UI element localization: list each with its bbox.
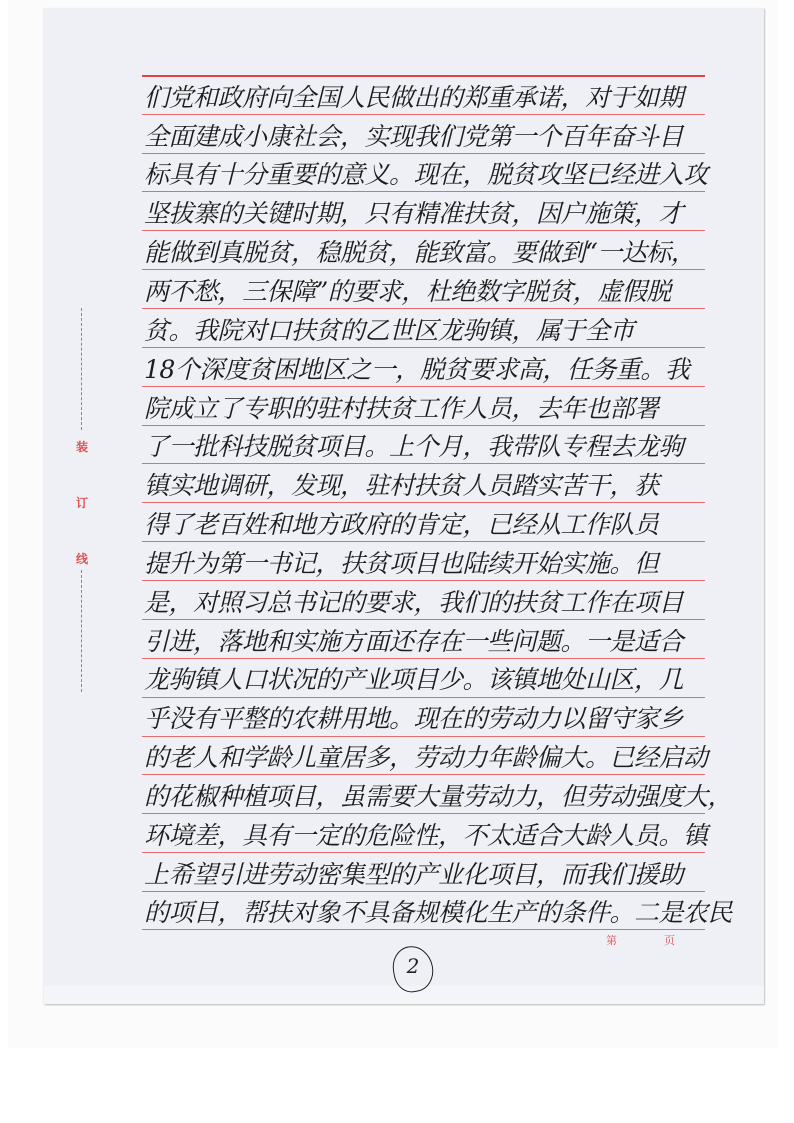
- handwritten-line: 能做到真脱贫，稳脱贫，能致富。要做到“一达标，: [144, 235, 709, 271]
- handwritten-line: 得了老百姓和地方政府的肯定，已经从工作队员: [144, 507, 709, 543]
- page-number: 2: [403, 954, 423, 978]
- handwritten-line: 的老人和学龄儿童居多，劳动力年龄偏大。已经启动: [144, 740, 709, 776]
- handwritten-line: 的项目，帮扶对象不具备规模化生产的条件。二是农民: [144, 895, 709, 931]
- handwritten-line: 两不愁，三保障”的要求，杜绝数字脱贫，虚假脱: [144, 274, 709, 310]
- manuscript-page: 们党和政府向全国人民做出的郑重承诺，对于如期 全面建成小康社会，实现我们党第一个…: [44, 8, 764, 1004]
- handwritten-line: 提升为第一书记，扶贫项目也陆续开始实施。但: [144, 546, 709, 582]
- handwritten-line: 标具有十分重要的意义。现在，脱贫攻坚已经进入攻: [144, 157, 709, 193]
- handwritten-line: 上希望引进劳动密集型的产业化项目，而我们援助: [144, 857, 709, 893]
- handwritten-line: 坚拔寨的关键时期，只有精准扶贫，因户施策，才: [144, 196, 709, 232]
- handwritten-line: 的花椒种植项目，虽需要大量劳动力，但劳动强度大，: [144, 779, 709, 815]
- binding-dashed-line: [81, 308, 82, 430]
- handwritten-line: 院成立了专职的驻村扶贫工作人员，去年也部署: [144, 391, 709, 427]
- handwritten-line: 贫。我院对口扶贫的乙世区龙驹镇，属于全市: [144, 313, 709, 349]
- binding-label-char: 线: [72, 550, 92, 567]
- binding-label-char: 订: [72, 494, 92, 511]
- handwritten-line: 龙驹镇人口状况的产业项目少。该镇地处山区，几: [144, 662, 709, 698]
- rule-line: [142, 75, 705, 77]
- handwritten-line: 是，对照习总书记的要求，我们的扶贫工作在项目: [144, 585, 709, 621]
- handwritten-line: 镇实地调研，发现，驻村扶贫人员踏实苦干，获: [144, 468, 709, 504]
- binding-margin: 装 订 线: [72, 308, 92, 638]
- handwritten-line: 乎没有平整的农耕用地。现在的劳动力以留守家乡: [144, 701, 709, 737]
- handwritten-line: 了一批科技脱贫项目。上个月，我带队专程去龙驹: [144, 429, 709, 465]
- handwritten-line: 们党和政府向全国人民做出的郑重承诺，对于如期: [144, 80, 709, 116]
- handwritten-line: 全面建成小康社会，实现我们党第一个百年奋斗目: [144, 119, 709, 155]
- footer-page-suffix: 页: [664, 932, 675, 948]
- binding-dashed-line: [81, 570, 82, 692]
- handwritten-line: 环境差，具有一定的危险性，不太适合大龄人员。镇: [144, 818, 709, 854]
- handwritten-line: 引进，落地和实施方面还存在一些问题。一是适合: [144, 624, 709, 660]
- binding-label-char: 装: [72, 438, 92, 455]
- footer-page-prefix: 第: [606, 932, 617, 948]
- handwritten-line: 18个深度贫困地区之一，脱贫要求高，任务重。我: [144, 352, 709, 388]
